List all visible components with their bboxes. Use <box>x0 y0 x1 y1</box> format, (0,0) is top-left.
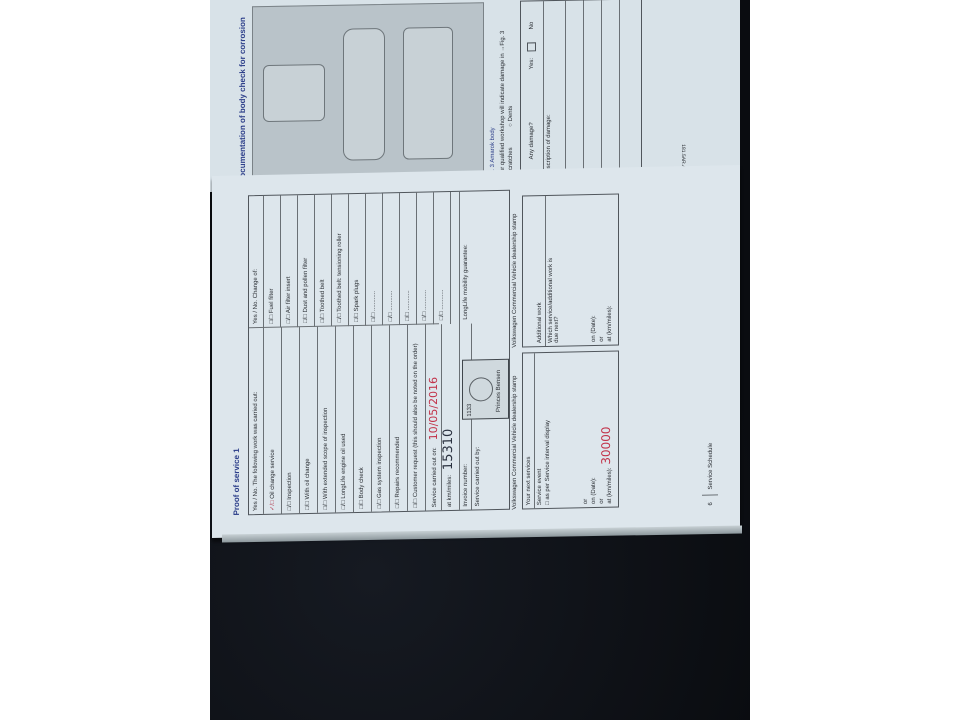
front-page: Proof of service 1 Yes / No. The followi… <box>212 165 740 538</box>
longlife-label: LongLife mobility guarantee: <box>463 244 469 320</box>
change-item[interactable]: □/□ Fuel filter <box>269 288 275 323</box>
right-column-header: Yes / No. Change of: <box>253 269 259 324</box>
checkbox-icon[interactable]: □/□ <box>305 499 311 510</box>
checkbox-icon[interactable]: □/□ <box>388 311 394 322</box>
checkbox-icon[interactable]: □/□ <box>269 313 275 324</box>
page-number: 6 <box>708 502 714 505</box>
work-item[interactable]: □/□ Customer request (this should also b… <box>413 328 419 508</box>
work-item[interactable]: □/□ With extended scope of inspection <box>323 330 329 510</box>
vw-logo-icon <box>469 377 493 402</box>
dealer-stamp: 1133 Princes Bensen <box>462 359 509 420</box>
left-column-header: Yes / No. The following work was carried… <box>253 392 259 512</box>
checkbox-icon[interactable]: □/□ <box>395 497 401 508</box>
car-front-view <box>263 64 325 122</box>
damage-box: Any damage? Yes: No Description of damag… <box>520 0 642 181</box>
interval-option[interactable]: □ as per Service interval display <box>545 420 551 505</box>
no-label: No <box>529 22 535 30</box>
checkbox-icon[interactable]: □/□ <box>286 313 292 323</box>
front-page-content: Proof of service 1 Yes / No. The followi… <box>212 165 740 538</box>
work-item[interactable]: □/□ Repairs recommended <box>395 328 401 508</box>
checkbox-icon[interactable]: □/□ <box>320 312 326 323</box>
change-item[interactable]: □/□ Toothed belt: tensioning roller <box>337 233 343 322</box>
stamp-caption-right: Volkswagen Commercial Vehicle dealership… <box>512 214 518 348</box>
checkbox-icon[interactable]: □/□ <box>359 498 365 509</box>
checkbox-icon[interactable]: □/□ <box>439 310 445 321</box>
footer-label: Service Schedule <box>708 443 714 490</box>
service-by-label: Service carried out by: <box>475 447 481 507</box>
change-item[interactable]: □/□ ............ <box>405 290 411 321</box>
checkbox-icon[interactable]: □/□ <box>422 310 428 321</box>
at-km-label: at km/miles: <box>447 475 453 507</box>
yes-checkbox[interactable] <box>527 42 536 51</box>
change-item[interactable]: □/□ ............ <box>388 291 394 322</box>
next-services-box: Your next services Service event □ as pe… <box>522 350 619 509</box>
car-side-view <box>343 28 385 161</box>
or-label-1: or <box>583 499 589 504</box>
additional-on-date-label: on (Date): <box>591 315 597 342</box>
checkbox-icon[interactable]: □/□ <box>337 312 343 323</box>
checkbox-icon[interactable]: □/□ <box>377 498 383 509</box>
work-item[interactable]: □/□ With oil change <box>305 330 311 510</box>
work-item[interactable]: □/□ Body check <box>359 329 365 509</box>
change-item[interactable]: □/□ ............ <box>371 291 377 322</box>
yes-label: Yes: <box>529 58 535 70</box>
checked-checkbox-icon[interactable]: ✓/□ <box>270 499 276 511</box>
legend-dents: ○ Dents <box>508 106 514 127</box>
next-services-title: Your next services <box>526 456 532 505</box>
stamp-dealer: Princes Bensen <box>496 370 502 412</box>
change-item[interactable]: □/□ Spark plugs <box>354 280 360 322</box>
back-page-content: Documentation of body check for corrosio… <box>210 0 740 192</box>
change-item[interactable]: □/□ ............ <box>422 290 428 321</box>
work-item[interactable]: □/□ Inspection <box>287 330 293 510</box>
checkbox-icon[interactable]: □/□ <box>354 311 360 322</box>
additional-work-title: Additional work <box>537 302 543 343</box>
checkbox-icon[interactable]: □/□ <box>405 310 411 321</box>
service-date-label: Service carried out on: <box>432 447 438 507</box>
amarok-body-diagram <box>252 2 484 183</box>
at-km-value[interactable]: 15310 <box>441 429 456 471</box>
checkbox-icon[interactable]: □/□ <box>303 312 309 323</box>
checkbox-icon[interactable]: □/□ <box>287 500 293 511</box>
additional-work-question: Which service/additional work is due nex… <box>548 253 560 343</box>
damage-instruction: Your qualified workshop will indicate da… <box>500 31 506 179</box>
change-item[interactable]: □/□ Air filter insert <box>286 276 292 323</box>
back-page: Documentation of body check for corrosio… <box>210 0 740 192</box>
additional-work-box: Additional work Which service/additional… <box>522 193 619 347</box>
service-book-photo: Documentation of body check for corrosio… <box>210 0 750 720</box>
change-item[interactable]: □/□ Toothed belt <box>320 279 326 322</box>
next-km-value[interactable]: 30000 <box>599 426 613 464</box>
change-item[interactable]: □/□ Dust and pollen filter <box>303 258 309 323</box>
stamp-caption-left: Volkswagen Commercial Vehicle dealership… <box>512 376 518 510</box>
back-page-title: Documentation of body check for corrosio… <box>238 17 247 183</box>
any-damage-label: Any damage? <box>529 122 535 159</box>
checkbox-icon[interactable]: □/□ <box>341 499 347 510</box>
stamp-code: 1133 <box>467 404 473 417</box>
description-label: Description of damage: <box>546 114 552 176</box>
change-item[interactable]: □/□ ............ <box>439 290 445 321</box>
next-km-label: at (km/miles): <box>607 468 613 504</box>
service-event-label: Service event <box>537 469 543 505</box>
checkbox-icon[interactable]: □/□ <box>323 499 329 510</box>
service-date-value[interactable]: 10/05/2016 <box>427 377 440 441</box>
invoice-label: Invoice number: <box>463 464 469 507</box>
car-top-view <box>403 27 453 160</box>
work-item[interactable]: □/□ LongLife engine oil used <box>341 329 347 509</box>
work-item[interactable]: □/□ Gas system inspection <box>377 328 383 508</box>
checkbox-icon[interactable]: □/□ <box>371 311 377 322</box>
service-table: Yes / No. The following work was carried… <box>248 190 510 515</box>
on-date-label: on (Date): <box>591 477 597 504</box>
or-label-2: or <box>599 498 605 503</box>
front-page-title: Proof of service 1 <box>232 448 241 515</box>
work-item[interactable]: ✓/□ Oil change service <box>269 331 276 511</box>
additional-km-label: at (km/miles): <box>607 306 613 342</box>
additional-or-label: or <box>599 336 605 341</box>
checkbox-icon[interactable]: □/□ <box>413 497 419 508</box>
